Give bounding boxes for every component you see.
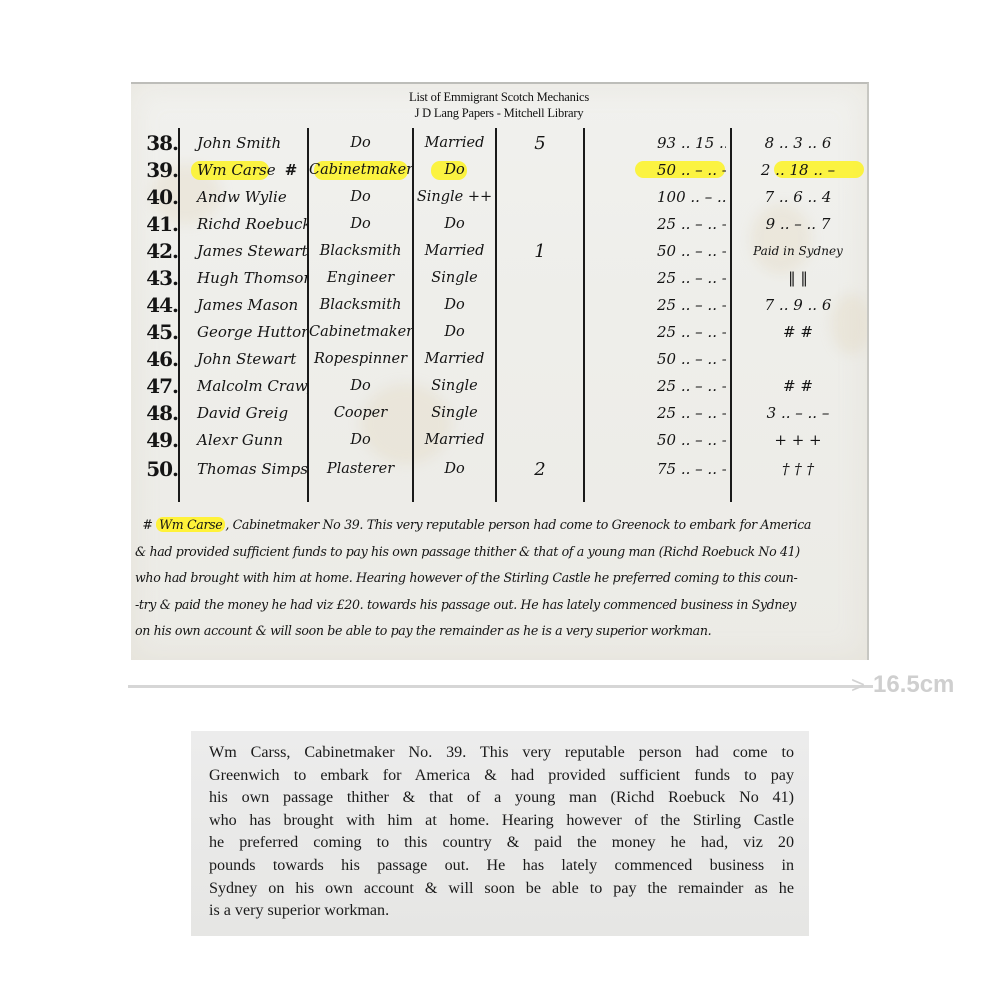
trade: Blacksmith (309, 292, 412, 319)
trade: Do (309, 373, 412, 400)
emigrant-name: Thomas Simpson (189, 456, 307, 483)
marital-status: Single (414, 265, 495, 292)
amount-paid: 50 .. – .. – (651, 238, 726, 265)
children-count: 5 (497, 130, 583, 157)
trade: Blacksmith (309, 238, 412, 265)
amount-paid: 93 .. 15 .. – (651, 130, 726, 157)
amount-paid: 25 .. – .. – (651, 265, 726, 292)
trade: Ropespinner (309, 346, 412, 373)
table-row: 48. David Greig Cooper Single 25 .. – ..… (131, 400, 869, 427)
document-title: List of Emmigrant Scotch Mechanics J D L… (131, 89, 867, 121)
amount-paid: 50 .. – .. – (651, 427, 726, 454)
children-count (497, 157, 583, 184)
row-number: 44. (134, 292, 178, 319)
amount-paid: 50 .. – .. – (651, 346, 726, 373)
row-number: 48. (134, 400, 178, 427)
marital-status: Do (414, 456, 495, 483)
children-count: 1 (497, 238, 583, 265)
table-row: 45. George Hutton Cabinetmaker Do 25 .. … (131, 319, 869, 346)
document-title-line1: List of Emmigrant Scotch Mechanics (131, 89, 867, 105)
children-count (497, 319, 583, 346)
amount-paid: 75 .. – .. – (651, 456, 726, 483)
trade: Plasterer (309, 456, 412, 483)
children-count (497, 400, 583, 427)
amount-paid: 25 .. – .. – (651, 400, 726, 427)
table-row: 43. Hugh Thomson Engineer Single 25 .. –… (131, 265, 869, 292)
row-number: 45. (134, 319, 178, 346)
table-row: 50. Thomas Simpson Plasterer Do 2 75 .. … (131, 456, 869, 483)
children-count: 2 (497, 456, 583, 483)
balance: 7 .. 9 .. 6 (733, 292, 863, 319)
row-number: 42. (134, 238, 178, 265)
footnote-highlighted-name: Wm Carse (156, 517, 225, 532)
trade: Do (309, 184, 412, 211)
row-number: 38. (134, 130, 178, 157)
balance: 9 .. – .. 7 (733, 211, 863, 238)
marital-status: Married (414, 346, 495, 373)
footnote-mark: # (279, 157, 303, 184)
balance: # # (733, 373, 863, 400)
children-count (497, 292, 583, 319)
emigrant-name: Richd Roebuck (189, 211, 307, 238)
row-number: 49. (134, 427, 178, 454)
trade: Do (309, 427, 412, 454)
marital-status: Single (414, 373, 495, 400)
scanned-document: List of Emmigrant Scotch Mechanics J D L… (131, 82, 869, 660)
footnote-line: & had provided sufficient funds to pay h… (135, 539, 865, 566)
trade: Cabinetmaker (309, 157, 412, 184)
row-number: 41. (134, 211, 178, 238)
children-count (497, 346, 583, 373)
balance (733, 346, 863, 373)
trade: Cabinetmaker (309, 319, 412, 346)
transcription-line: who has brought with him at home. Hearin… (209, 810, 794, 833)
footnote-line1-text: , Cabinetmaker No 39. This very reputabl… (225, 517, 811, 532)
footnote-mark: # (142, 517, 152, 532)
balance: 2 .. 18 .. – (733, 157, 863, 184)
row-number: 47. (134, 373, 178, 400)
row-number: 46. (134, 346, 178, 373)
document-title-line2: J D Lang Papers - Mitchell Library (131, 105, 867, 121)
trade: Engineer (309, 265, 412, 292)
footnote-line: -try & paid the money he had viz £20. to… (135, 592, 865, 619)
amount-paid: 50 .. – .. – (651, 157, 726, 184)
emigrant-name: Malcolm Crawford (189, 373, 307, 400)
marital-status: Do (414, 211, 495, 238)
emigrant-name: John Smith (189, 130, 307, 157)
children-count (497, 211, 583, 238)
marital-status: Married (414, 238, 495, 265)
balance: Paid in Sydney (733, 238, 863, 265)
trade: Do (309, 130, 412, 157)
emigrant-name: James Stewart (189, 238, 307, 265)
transcription-line: his own passage thither & that of a youn… (209, 787, 794, 810)
row-number: 40. (134, 184, 178, 211)
scale-bar (128, 685, 873, 688)
table-row: 42. James Stewart Blacksmith Married 1 5… (131, 238, 869, 265)
children-count (497, 373, 583, 400)
children-count (497, 184, 583, 211)
emigrant-name: David Greig (189, 400, 307, 427)
row-number: 50. (134, 456, 178, 483)
children-count (497, 427, 583, 454)
transcription-line: Wm Carss, Cabinetmaker No. 39. This very… (209, 742, 794, 765)
balance: # # (733, 319, 863, 346)
emigrant-name: Hugh Thomson (189, 265, 307, 292)
children-count (497, 265, 583, 292)
table-row: 47. Malcolm Crawford Do Single 25 .. – .… (131, 373, 869, 400)
marital-status: Single (414, 400, 495, 427)
footnote-line: on his own account & will soon be able t… (135, 618, 865, 645)
row-number: 39. (134, 157, 178, 184)
emigrant-name: John Stewart (189, 346, 307, 373)
table-row: 40. Andw Wylie Do Single ++ 100 .. – .. … (131, 184, 869, 211)
emigrant-name: Alexr Gunn (189, 427, 307, 454)
scale-label: 16.5cm (873, 671, 954, 699)
amount-paid: 100 .. – .. – (651, 184, 726, 211)
table-row: 44. James Mason Blacksmith Do 25 .. – ..… (131, 292, 869, 319)
transcription-line: Sydney on his own account & will soon be… (209, 878, 794, 901)
scale-arrow-icon: > (851, 674, 875, 698)
amount-paid: 25 .. – .. – (651, 211, 726, 238)
marital-status: Do (414, 292, 495, 319)
trade: Do (309, 211, 412, 238)
balance: + + + (733, 427, 863, 454)
amount-paid: 25 .. – .. – (651, 292, 726, 319)
transcription-line: pounds towards his passage out. He has l… (209, 855, 794, 878)
handwritten-footnote: # Wm Carse, Cabinetmaker No 39. This ver… (135, 512, 865, 645)
amount-paid: 25 .. – .. – (651, 319, 726, 346)
balance: ‖ ‖ (733, 265, 863, 292)
footnote-line: who had brought with him at home. Hearin… (135, 565, 865, 592)
marital-status: Do (414, 157, 495, 184)
table-row: 41. Richd Roebuck Do Do 25 .. – .. – 9 .… (131, 211, 869, 238)
balance: 7 .. 6 .. 4 (733, 184, 863, 211)
trade: Cooper (309, 400, 412, 427)
table-row: 38. John Smith Do Married 5 93 .. 15 .. … (131, 130, 869, 157)
marital-status: Married (414, 427, 495, 454)
marital-status: Single ++ (414, 184, 495, 211)
balance: 8 .. 3 .. 6 (733, 130, 863, 157)
transcription-line: he preferred coming to this country & pa… (209, 832, 794, 855)
transcription-line: Greenwich to embark for America & had pr… (209, 765, 794, 788)
footnote-line: # Wm Carse, Cabinetmaker No 39. This ver… (135, 512, 865, 539)
marital-status: Married (414, 130, 495, 157)
balance: 3 .. – .. – (733, 400, 863, 427)
balance: † † † (733, 456, 863, 483)
emigrant-name: Andw Wylie (189, 184, 307, 211)
amount-paid: 25 .. – .. – (651, 373, 726, 400)
emigrant-name: James Mason (189, 292, 307, 319)
marital-status: Do (414, 319, 495, 346)
table-row: 46. John Stewart Ropespinner Married 50 … (131, 346, 869, 373)
transcription-box: Wm Carss, Cabinetmaker No. 39. This very… (191, 731, 809, 936)
emigrant-name: George Hutton (189, 319, 307, 346)
table-row: 49. Alexr Gunn Do Married 50 .. – .. – +… (131, 427, 869, 454)
table-row-highlighted: 39. Wm Carse # Cabinetmaker Do 50 .. – .… (131, 157, 869, 184)
transcription-line: is a very superior workman. (209, 900, 794, 923)
row-number: 43. (134, 265, 178, 292)
